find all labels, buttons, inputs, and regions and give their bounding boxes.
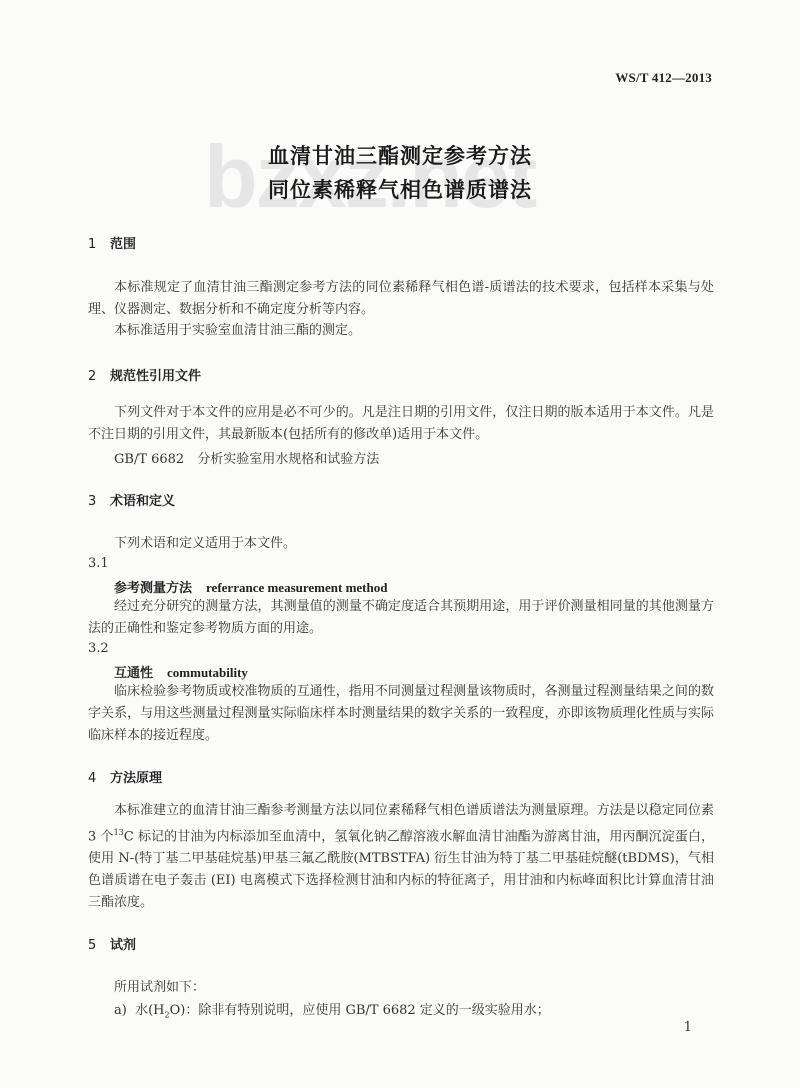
section-title: 术语和定义	[110, 494, 175, 509]
section-4-paragraph: 本标准建立的血清甘油三酯参考测量方法以同位素稀释气相色谱质谱法为测量原理。方法是…	[88, 800, 714, 914]
section-number: 1	[88, 237, 110, 252]
section-2-heading: 2规范性引用文件	[88, 365, 201, 384]
term-3-1-name: 参考测量方法referrance measurement method	[114, 577, 387, 596]
term-3-1-number: 3.1	[88, 556, 109, 571]
term-3-2-number: 3.2	[88, 641, 109, 656]
section-1-paragraph-2: 本标准适用于实验室血清甘油三酯的测定。	[88, 320, 714, 342]
section-title: 规范性引用文件	[110, 369, 201, 384]
section-title: 范围	[110, 237, 136, 252]
section-3-intro: 下列术语和定义适用于本文件。	[114, 532, 296, 551]
document-title-line1: 血清甘油三酯测定参考方法	[0, 140, 800, 170]
section-5-intro: 所用试剂如下：	[114, 976, 205, 995]
list-label: a)	[114, 1003, 127, 1018]
page-number: 1	[684, 1020, 692, 1035]
term-en: referrance measurement method	[206, 580, 387, 595]
document-title-line2: 同位素稀释气相色谱质谱法	[0, 174, 800, 204]
section-number: 3	[88, 494, 110, 509]
section-title: 方法原理	[110, 771, 162, 786]
section-1-paragraph-1: 本标准规定了血清甘油三酯测定参考方法的同位素稀释气相色谱-质谱法的技术要求，包括…	[88, 277, 714, 321]
reagent-item-a: a) 水(H2O)：除非有特别说明，应使用 GB/T 6682 定义的一级实验用…	[114, 999, 550, 1020]
term-en: commutability	[167, 665, 248, 680]
term-zh: 参考测量方法	[114, 581, 192, 596]
term-3-2-name: 互通性commutability	[114, 662, 248, 681]
term-3-1-definition: 经过充分研究的测量方法，其测量值的测量不确定度适合其预期用途，用于评价测量相同量…	[88, 596, 714, 640]
section-5-heading: 5试剂	[88, 934, 136, 953]
section-title: 试剂	[110, 938, 136, 953]
normative-reference: GB/T 6682 分析实验室用水规格和试验方法	[114, 448, 379, 467]
document-page: bzxz.net WS/T 412—2013 血清甘油三酯测定参考方法 同位素稀…	[0, 0, 800, 1088]
term-3-2-definition: 临床检验参考物质或校准物质的互通性，指用不同测量过程测量该物质时，各测量过程测量…	[88, 681, 714, 747]
section-number: 4	[88, 771, 110, 786]
standard-code: WS/T 412—2013	[615, 70, 712, 86]
section-2-paragraph-1: 下列文件对于本文件的应用是必不可少的。凡是注日期的引用文件，仅注日期的版本适用于…	[88, 402, 714, 446]
section-number: 2	[88, 369, 110, 384]
section-1-heading: 1范围	[88, 233, 136, 252]
section-4-heading: 4方法原理	[88, 767, 162, 786]
term-zh: 互通性	[114, 666, 153, 681]
section-number: 5	[88, 938, 110, 953]
section-3-heading: 3术语和定义	[88, 490, 175, 509]
